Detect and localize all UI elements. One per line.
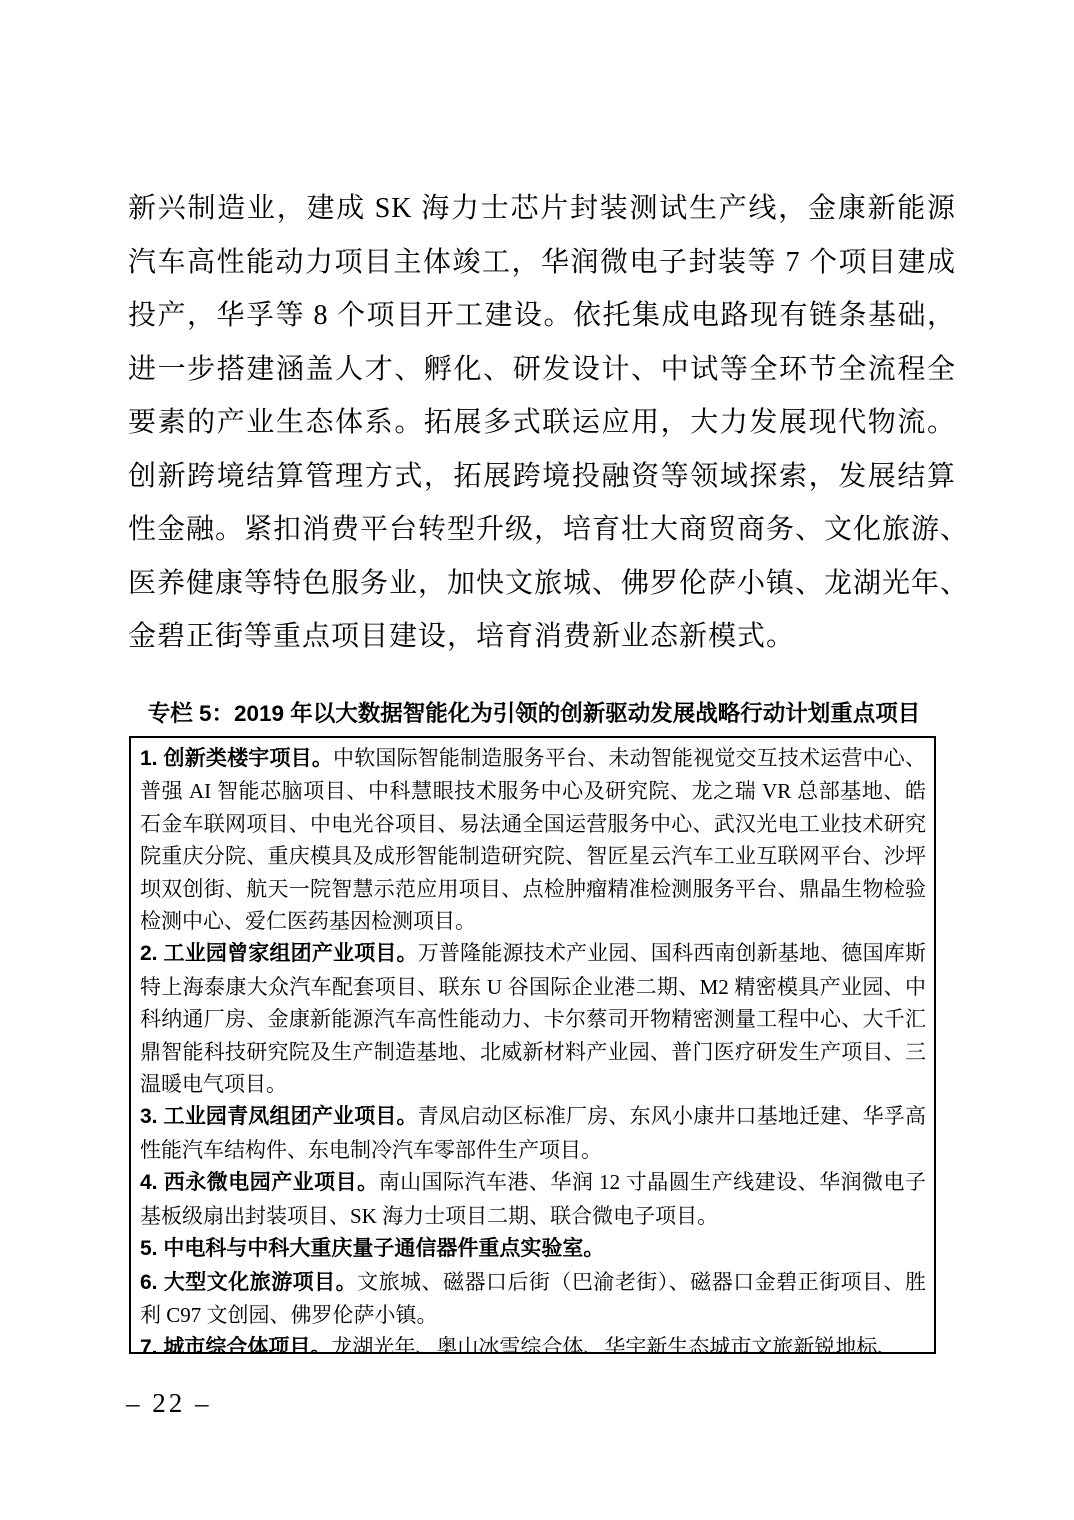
page-number: – 22 – xyxy=(126,1388,212,1419)
panel-item: 1. 创新类楼宇项目。中软国际智能制造服务平台、未动智能视觉交互技术运营中心、普… xyxy=(140,742,926,937)
panel-item-text: 龙湖光年、奥山冰雪综合体、华宇新生态城市文旅新锐地标、 xyxy=(331,1335,898,1354)
panel-item: 6. 大型文化旅游项目。文旅城、磁器口后街（巴渝老街）、磁器口金碧正街项目、胜利… xyxy=(140,1266,926,1332)
panel-item-label: 6. 大型文化旅游项目。 xyxy=(140,1271,357,1294)
body-text-line: 投产，华孚等 8 个项目开工建设。依托集成电路现有链条基础， xyxy=(128,289,956,343)
body-text-line: 医养健康等特色服务业，加快文旅城、佛罗伦萨小镇、龙湖光年、 xyxy=(128,557,956,611)
panel-item: 2. 工业园曾家组团产业项目。万普隆能源技术产业园、国科西南创新基地、德国库斯特… xyxy=(140,937,926,1100)
panel-item: 5. 中电科与中科大重庆量子通信器件重点实验室。 xyxy=(140,1232,926,1265)
panel-item: 4. 西永微电园产业项目。南山国际汽车港、华润 12 寸晶圆生产线建设、华润微电… xyxy=(140,1166,926,1232)
panel-item-text: 中软国际智能制造服务平台、未动智能视觉交互技术运营中心、普强 AI 智能芯脑项目… xyxy=(140,746,926,933)
panel-item-label: 1. 创新类楼宇项目。 xyxy=(140,747,333,770)
body-text-line: 要素的产业生态体系。拓展多式联运应用，大力发展现代物流。 xyxy=(128,396,956,450)
body-text-line: 新兴制造业，建成 SK 海力士芯片封装测试生产线，金康新能源 xyxy=(128,182,956,236)
document-page: 新兴制造业，建成 SK 海力士芯片封装测试生产线，金康新能源 汽车高性能动力项目… xyxy=(0,0,1074,1520)
panel-box: 1. 创新类楼宇项目。中软国际智能制造服务平台、未动智能视觉交互技术运营中心、普… xyxy=(129,736,936,1354)
body-text-line: 创新跨境结算管理方式，拓展跨境投融资等领域探索，发展结算 xyxy=(128,450,956,504)
body-text-line: 性金融。紧扣消费平台转型升级，培育壮大商贸商务、文化旅游、 xyxy=(128,503,956,557)
panel-item: 3. 工业园青凤组团产业项目。青凤启动区标准厂房、东风小康井口基地迁建、华孚高性… xyxy=(140,1100,926,1166)
body-text-line: 金碧正街等重点项目建设，培育消费新业态新模式。 xyxy=(128,610,956,664)
panel-item-label: 5. 中电科与中科大重庆量子通信器件重点实验室。 xyxy=(140,1237,604,1260)
panel-item-label: 7. 城市综合体项目。 xyxy=(140,1336,331,1354)
panel-item-label: 4. 西永微电园产业项目。 xyxy=(140,1171,379,1194)
body-text-line: 汽车高性能动力项目主体竣工，华润微电子封装等 7 个项目建成 xyxy=(128,236,956,290)
panel-item-label: 2. 工业园曾家组团产业项目。 xyxy=(140,942,418,965)
body-paragraph: 新兴制造业，建成 SK 海力士芯片封装测试生产线，金康新能源 汽车高性能动力项目… xyxy=(128,182,956,664)
panel-title: 专栏 5：2019 年以大数据智能化为引领的创新驱动发展战略行动计划重点项目 xyxy=(128,699,940,729)
body-text-line: 进一步搭建涵盖人才、孵化、研发设计、中试等全环节全流程全 xyxy=(128,343,956,397)
panel-item-label: 3. 工业园青凤组团产业项目。 xyxy=(140,1105,418,1128)
panel-item: 7. 城市综合体项目。龙湖光年、奥山冰雪综合体、华宇新生态城市文旅新锐地标、 xyxy=(140,1331,926,1354)
